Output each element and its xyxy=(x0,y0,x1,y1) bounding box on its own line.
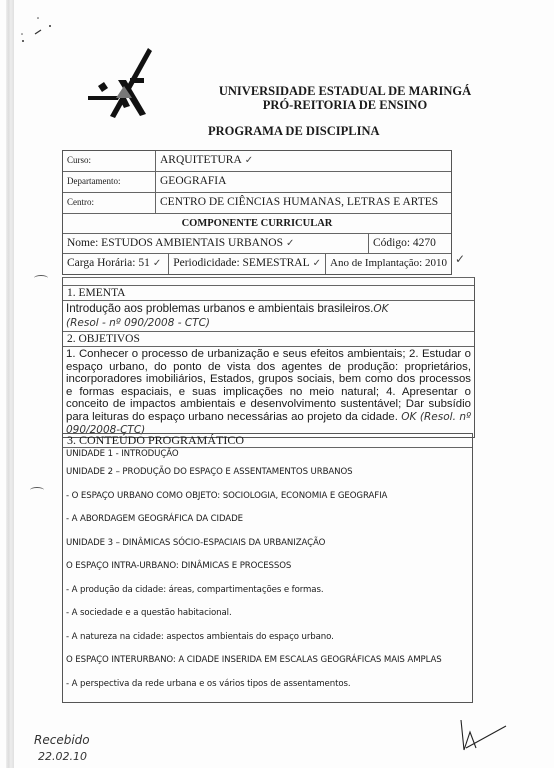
institution-header: UNIVERSIDADE ESTADUAL DE MARINGÁ PRÓ-REI… xyxy=(200,84,490,112)
ano-value: Ano de Implantação: 2010 xyxy=(326,254,451,274)
list-item: - A sociedade e a questão habitacional. xyxy=(63,602,472,626)
list-item: - A natureza na cidade: aspectos ambient… xyxy=(63,626,472,650)
conteudo-heading: 3. CONTEÚDO PROGRAMÁTICO xyxy=(63,434,472,448)
list-item: - O ESPAÇO URBANO COMO OBJETO: SOCIOLOGI… xyxy=(63,485,472,509)
objetivos-body: 1. Conhecer o processo de urbanização e … xyxy=(63,347,474,437)
nome-value: Nome: ESTUDOS AMBIENTAIS URBANOS✓ xyxy=(63,234,369,253)
componente-heading: COMPONENTE CURRICULAR xyxy=(178,214,337,233)
check-icon: ✓ xyxy=(313,258,321,269)
check-icon: ✓ xyxy=(455,252,465,266)
carga-value: Carga Horária: 51✓ xyxy=(63,254,169,274)
list-item: UNIDADE 1 - INTRODUÇÃO xyxy=(63,448,472,461)
office-name: PRÓ-REITORIA DE ENSINO xyxy=(200,98,490,112)
centro-label: Centro: xyxy=(63,193,156,213)
university-name: UNIVERSIDADE ESTADUAL DE MARINGÁ xyxy=(200,84,490,98)
received-note: Recebido xyxy=(34,733,90,747)
departamento-label: Departamento: xyxy=(63,172,156,192)
objetivos-heading: 2. OBJETIVOS xyxy=(63,332,474,347)
list-item: O ESPAÇO INTRA-URBANO: DINÂMICAS E PROCE… xyxy=(63,555,472,579)
scan-specks xyxy=(20,14,60,44)
list-item: - A perspectiva da rede urbana e os vári… xyxy=(63,673,472,697)
curso-value: ARQUITETURA✓ xyxy=(156,151,257,171)
signature-icon xyxy=(458,718,508,754)
list-item: O ESPAÇO INTERURBANO: A CIDADE INSERIDA … xyxy=(63,649,472,673)
hole-punch-mark xyxy=(34,275,48,281)
ementa-text: Introdução aos problemas urbanos e ambie… xyxy=(66,302,373,315)
hole-punch-mark xyxy=(30,487,44,493)
list-item: - A ABORDAGEM GEOGRÁFICA DA CIDADE xyxy=(63,508,472,532)
check-icon: ✓ xyxy=(153,258,161,269)
codigo-value: Código: 4270 xyxy=(369,234,451,253)
binder-edge xyxy=(6,0,14,768)
uem-logo-icon xyxy=(88,48,154,118)
ementa-body: Introdução aos problemas urbanos e ambie… xyxy=(63,301,474,332)
centro-value: CENTRO DE CIÊNCIAS HUMANAS, LETRAS E ART… xyxy=(156,193,442,213)
list-item: UNIDADE 2 – PRODUÇÃO DO ESPAÇO E ASSENTA… xyxy=(63,461,472,485)
periodicidade-value: Periodicidade: SEMESTRAL✓ xyxy=(169,254,326,274)
page-title: PROGRAMA DE DISCIPLINA xyxy=(208,124,380,139)
list-item: UNIDADE 3 – DINÂMICAS SÓCIO-ESPACIAIS DA… xyxy=(63,532,472,556)
ementa-objetivos-section: 1. EMENTA Introdução aos problemas urban… xyxy=(62,277,475,438)
ementa-heading: 1. EMENTA xyxy=(63,286,474,301)
conteudo-list: UNIDADE 1 - INTRODUÇÃO UNIDADE 2 – PRODU… xyxy=(63,448,472,696)
ementa-resol-annotation: (Resol - nº 090/2008 - CTC) xyxy=(66,317,210,329)
departamento-value: GEOGRAFIA xyxy=(156,172,230,192)
check-icon: ✓ xyxy=(245,155,253,166)
ementa-ok-annotation: OK xyxy=(373,303,388,315)
list-item: - A produção da cidade: áreas, compartim… xyxy=(63,579,472,603)
check-icon: ✓ xyxy=(286,238,294,249)
conteudo-section: 3. CONTEÚDO PROGRAMÁTICO UNIDADE 1 - INT… xyxy=(62,433,473,703)
curso-label: Curso: xyxy=(63,151,156,171)
received-date: 22.02.10 xyxy=(38,750,87,763)
info-table: Curso: ARQUITETURA✓ Departamento: GEOGRA… xyxy=(62,150,452,275)
